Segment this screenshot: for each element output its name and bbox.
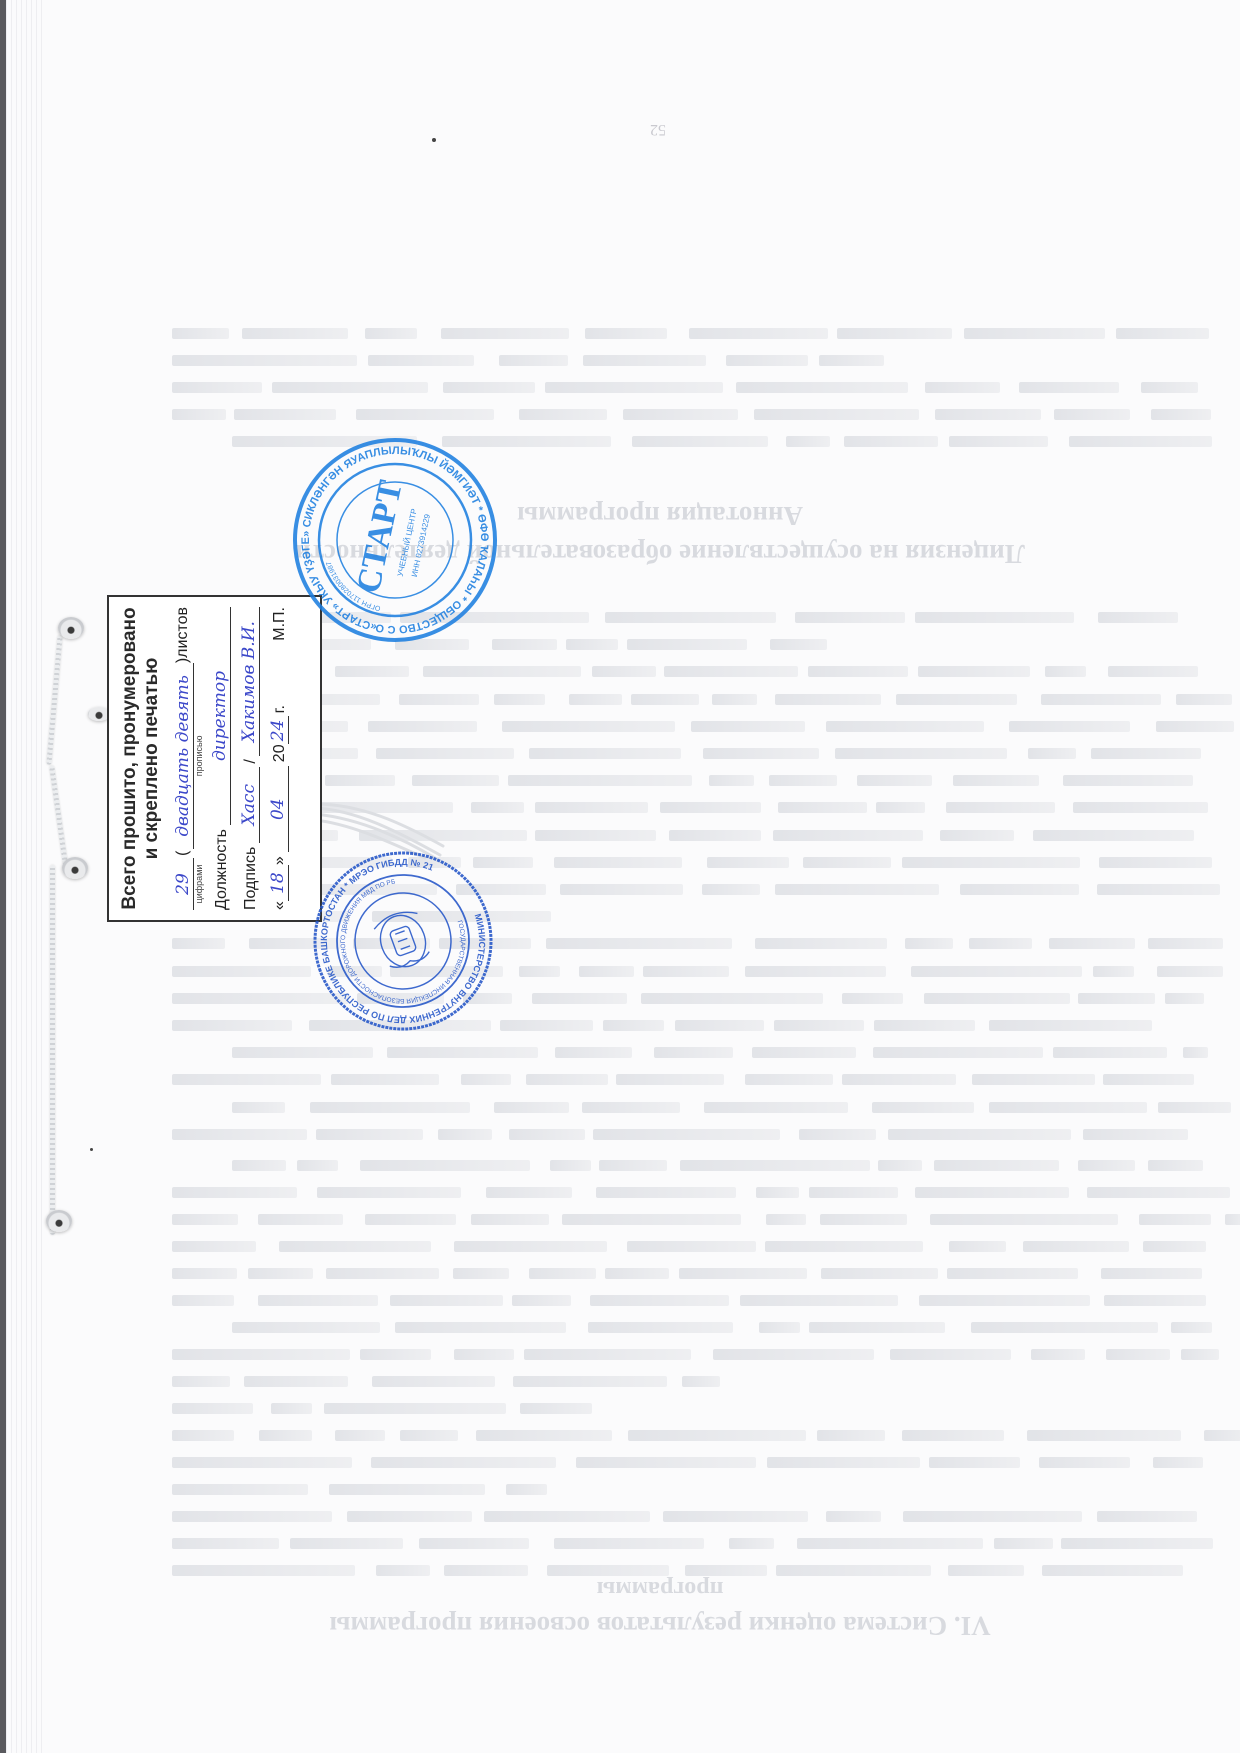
bleed-text-fragment <box>1157 966 1223 977</box>
bleed-text-fragment <box>1061 1538 1212 1549</box>
bleed-text-fragment <box>605 612 776 623</box>
bleed-text-fragment <box>1108 666 1198 677</box>
bleed-text-fragment <box>878 1160 921 1171</box>
bleed-text-fragment <box>1101 1268 1202 1279</box>
bleed-text-fragment <box>643 966 729 977</box>
bleed-text-fragment <box>682 1376 720 1387</box>
bleed-text-fragment <box>726 355 808 366</box>
bleed-text-fragment <box>872 1102 974 1113</box>
bleed-text-fragment <box>441 328 569 339</box>
bleed-text-fragment <box>248 1268 313 1279</box>
bleed-text-fragment <box>1033 830 1193 841</box>
binding-string <box>49 765 68 865</box>
binding-knot <box>62 857 88 879</box>
bleed-text-fragment <box>826 721 984 732</box>
bleed-text-fragment <box>702 884 761 895</box>
bleed-text-fragment <box>1019 382 1119 393</box>
bleed-text-fragment <box>857 775 932 786</box>
bleed-text-fragment <box>740 1295 898 1306</box>
date-year-mark: г. <box>271 705 289 713</box>
bleed-text-fragment <box>484 1511 650 1522</box>
bleed-text-fragment <box>953 775 1039 786</box>
bleed-text-fragment <box>949 1241 1006 1252</box>
bleed-text-fragment <box>605 1268 669 1279</box>
bleed-text-fragment <box>476 1430 612 1441</box>
bleed-text-fragment <box>376 748 514 759</box>
bleed-text-fragment <box>172 1349 350 1360</box>
start-company-stamp: «СТАРТ» УКЫУ ҮҘӘГЕ» СИКЛӘНГӘН ЯУАПЛЫЛЫҠЛ… <box>292 437 498 643</box>
bleed-text-fragment <box>797 1538 983 1549</box>
bleed-text-fragment <box>679 1268 807 1279</box>
bleed-text-fragment <box>821 1268 938 1279</box>
sheets-suffix: )листов <box>174 607 192 663</box>
bleed-text-fragment <box>347 1511 472 1522</box>
position-label: Должность <box>213 829 231 910</box>
bleed-text-fragment <box>669 830 761 841</box>
date-year-prefix: 20 <box>271 744 289 762</box>
bleed-text-fragment <box>842 1074 957 1085</box>
bleed-text-fragment <box>172 966 311 977</box>
bleed-text-fragment <box>1139 1214 1210 1225</box>
bleed-text-fragment <box>513 1376 668 1387</box>
bleed-text-fragment <box>1098 612 1178 623</box>
date-open-quote: « <box>271 901 289 910</box>
bleed-text-fragment <box>767 1457 920 1468</box>
signature-separator: / <box>242 759 260 763</box>
bleed-text-fragment <box>664 666 798 677</box>
bleed-text-fragment <box>1143 1241 1205 1252</box>
label-title-line1: Всего прошито, пронумеровано <box>119 607 141 910</box>
bleed-text-fragment <box>1087 1187 1230 1198</box>
bleed-text-fragment <box>520 1403 592 1414</box>
bleed-text-fragment <box>1045 666 1086 677</box>
bleed-text-fragment <box>486 1187 572 1198</box>
bleed-text-fragment <box>310 1102 470 1113</box>
bleed-text-fragment <box>555 1047 633 1058</box>
bleed-text-fragment <box>593 1129 780 1140</box>
bleed-text-fragment <box>242 328 348 339</box>
bleed-text-fragment <box>890 1349 1010 1360</box>
bleed-text-fragment <box>579 966 634 977</box>
bleed-text-fragment <box>1028 748 1076 759</box>
bleed-text-fragment <box>752 1047 857 1058</box>
bleed-text-fragment <box>326 1268 439 1279</box>
bleed-text-fragment <box>471 802 524 813</box>
bleed-text-fragment <box>707 857 788 868</box>
date-day: 18 <box>268 865 289 901</box>
signature-label: Подпись <box>242 847 260 910</box>
bleed-text-fragment <box>172 1403 253 1414</box>
bleed-text-fragment <box>509 1129 585 1140</box>
bleed-text-fragment <box>172 328 229 339</box>
bleed-text-fragment <box>795 612 905 623</box>
bleed-text-fragment <box>1181 1349 1219 1360</box>
bleed-text-fragment <box>835 748 1007 759</box>
bleed-text-fragment <box>172 1020 292 1031</box>
seal-place: М.П. <box>271 607 289 641</box>
bleed-text-fragment <box>623 409 737 420</box>
bleed-text-fragment <box>946 802 1054 813</box>
bleed-text-fragment <box>663 1511 809 1522</box>
bleed-text-fragment <box>924 993 1070 1004</box>
bleed-text-fragment <box>940 830 1014 841</box>
bleed-text-fragment <box>316 1129 423 1140</box>
bleed-text-fragment <box>1053 1047 1167 1058</box>
bleed-text-fragment <box>562 1214 740 1225</box>
bleed-text-fragment <box>934 1160 1059 1171</box>
bleed-text-fragment <box>754 409 920 420</box>
bleed-text-fragment <box>279 1241 432 1252</box>
sheet-count-digits: 29 <box>173 858 194 910</box>
bleed-text-fragment <box>585 328 668 339</box>
bleed-text-fragment <box>1148 1160 1203 1171</box>
certification-label: Всего прошито, пронумеровано и скреплено… <box>107 595 322 922</box>
bleed-text-fragment <box>1078 993 1155 1004</box>
bleed-text-fragment <box>704 1102 848 1113</box>
scan-edge-shading <box>6 0 46 1753</box>
bleed-text-fragment <box>532 993 628 1004</box>
bleed-text-fragment <box>554 857 682 868</box>
bleed-heading: VI. Система оценки результатов освоения … <box>170 1610 1150 1641</box>
svg-text:МИНИСТЕРСТВО ВНУТРЕННИХ ДЕЛ ПО: МИНИСТЕРСТВО ВНУТРЕННИХ ДЕЛ ПО РЕСПУБЛИК… <box>312 850 494 1032</box>
bleed-text-fragment <box>947 1268 1077 1279</box>
bleed-text-fragment <box>1151 409 1211 420</box>
bleed-text-fragment <box>925 382 1000 393</box>
bleed-text-fragment <box>590 1295 728 1306</box>
bleed-text-fragment <box>799 1129 876 1140</box>
bleed-text-fragment <box>566 639 618 650</box>
bleed-text-fragment <box>935 409 1041 420</box>
bleed-text-fragment <box>172 1430 234 1441</box>
bleed-text-fragment <box>765 1241 923 1252</box>
bleed-text-fragment <box>560 884 683 895</box>
bleed-text-fragment <box>494 1102 568 1113</box>
bleed-text-fragment <box>896 694 1017 705</box>
bleed-text-fragment <box>703 748 818 759</box>
bleed-text-fragment <box>689 328 828 339</box>
bleed-text-fragment <box>628 1430 806 1441</box>
bleed-text-fragment <box>290 1538 403 1549</box>
bleed-text-fragment <box>535 802 648 813</box>
bleed-text-fragment <box>1023 1241 1129 1252</box>
bleed-text-fragment <box>809 1322 945 1333</box>
bleed-text-fragment <box>902 1430 1004 1441</box>
bleed-text-fragment <box>1171 1322 1212 1333</box>
bleed-text-fragment <box>736 382 909 393</box>
bleed-text-fragment <box>1097 884 1220 895</box>
bleed-text-fragment <box>234 409 336 420</box>
bleed-text-fragment <box>324 1403 506 1414</box>
bleed-text-fragment <box>709 775 754 786</box>
bleed-text-fragment <box>172 1457 352 1468</box>
bleed-text-fragment <box>1073 802 1208 813</box>
bleed-text-fragment <box>172 1511 332 1522</box>
bleed-text-fragment <box>592 666 657 677</box>
bleed-text-fragment <box>271 1403 312 1414</box>
bleed-text-fragment <box>1041 694 1160 705</box>
bleed-text-fragment <box>1049 938 1135 949</box>
bleed-text-fragment <box>1103 1074 1195 1085</box>
bleed-text-fragment <box>588 1322 734 1333</box>
bleed-text-fragment <box>423 666 582 677</box>
position-value: директор <box>210 607 231 825</box>
bleed-text-fragment <box>616 1074 724 1085</box>
bleed-text-fragment <box>819 355 883 366</box>
bleed-text-fragment <box>325 775 395 786</box>
stamp-outer-text: МИНИСТЕРСТВО ВНУТРЕННИХ ДЕЛ ПО РЕСПУБЛИК… <box>312 850 494 1032</box>
bleed-text-fragment <box>365 1214 456 1225</box>
page-number: 52 <box>650 120 666 138</box>
bleed-text-fragment <box>365 328 417 339</box>
bleed-text-fragment <box>820 1214 907 1225</box>
bleed-text-fragment <box>172 1295 234 1306</box>
bleed-text-fragment <box>529 1268 596 1279</box>
bleed-text-fragment <box>844 436 938 447</box>
bleed-text-fragment <box>272 382 428 393</box>
bleed-text-fragment <box>905 938 953 949</box>
bleed-text-fragment <box>582 1102 680 1113</box>
bleed-text-fragment <box>232 1322 380 1333</box>
bleed-text-fragment <box>596 1187 736 1198</box>
bleed-text-fragment <box>461 1074 511 1085</box>
bleed-text-fragment <box>258 1295 378 1306</box>
bleed-text-fragment <box>371 1457 556 1468</box>
bleed-text-fragment <box>524 1349 691 1360</box>
bleed-text-fragment <box>994 1538 1053 1549</box>
bleed-text-fragment <box>535 830 656 841</box>
bleed-text-fragment <box>438 1129 492 1140</box>
bleed-text-fragment <box>1158 1102 1231 1113</box>
bleed-text-fragment <box>873 1047 1043 1058</box>
bleed-text-fragment <box>729 1538 774 1549</box>
bleed-text-fragment <box>172 1214 238 1225</box>
bleed-text-fragment <box>172 1538 279 1549</box>
bleed-text-fragment <box>929 1457 1021 1468</box>
bleed-text-fragment <box>1148 938 1224 949</box>
bleed-text-fragment <box>1078 1160 1136 1171</box>
bleed-text-fragment <box>964 328 1105 339</box>
bleed-text-fragment <box>808 666 909 677</box>
bleed-text-fragment <box>1093 966 1133 977</box>
bleed-heading: программы <box>170 1575 1150 1602</box>
bleed-text-fragment <box>627 1241 756 1252</box>
bleed-text-fragment <box>627 639 748 650</box>
bleed-text-fragment <box>675 1020 764 1031</box>
bleed-text-fragment <box>499 355 567 366</box>
bleed-text-fragment <box>989 1020 1152 1031</box>
bleed-text-fragment <box>778 802 868 813</box>
bleed-text-fragment <box>876 802 925 813</box>
bleed-text-fragment <box>770 639 827 650</box>
bleed-text-fragment <box>769 775 837 786</box>
bleed-text-fragment <box>1099 857 1212 868</box>
bleed-text-fragment <box>419 1538 529 1549</box>
bleed-text-fragment <box>297 1160 339 1171</box>
bleed-text-fragment <box>1027 1430 1182 1441</box>
bleed-text-fragment <box>494 694 546 705</box>
bleed-text-fragment <box>713 1349 873 1360</box>
bleed-text-fragment <box>1116 328 1209 339</box>
date-month: 04 <box>268 766 289 852</box>
scan-speck <box>90 1148 93 1151</box>
bleed-text-fragment <box>172 1074 321 1085</box>
signature-mark: Хасс <box>239 767 260 843</box>
bleed-text-fragment <box>960 884 1079 895</box>
bleed-text-fragment <box>902 857 1080 868</box>
bleed-text-fragment <box>390 1295 502 1306</box>
bleed-text-fragment <box>972 1074 1094 1085</box>
bleed-text-fragment <box>837 328 952 339</box>
bleed-text-fragment <box>660 802 760 813</box>
bleed-text-fragment <box>919 1295 1090 1306</box>
bleed-text-fragment <box>454 1349 514 1360</box>
bleed-text-fragment <box>903 1511 1082 1522</box>
bleed-text-fragment <box>755 938 887 949</box>
bleed-text-fragment <box>1176 694 1232 705</box>
bleed-text-fragment <box>918 666 1030 677</box>
bleed-text-fragment <box>360 1349 432 1360</box>
bleed-text-fragment <box>360 1160 530 1171</box>
label-title-line2: и скреплено печатью <box>141 607 163 910</box>
bleed-text-fragment <box>691 721 806 732</box>
bleed-text-fragment <box>1097 1511 1197 1522</box>
bleed-text-fragment <box>1104 1295 1206 1306</box>
bleed-text-fragment <box>756 1187 798 1198</box>
bleed-text-fragment <box>745 1074 833 1085</box>
bleed-text-fragment <box>259 1430 311 1441</box>
bleed-text-fragment <box>775 694 881 705</box>
bleed-text-fragment <box>775 884 939 895</box>
mreo-gibdd-stamp: МИНИСТЕРСТВО ВНУТРЕННИХ ДЕЛ ПО РЕСПУБЛИК… <box>312 850 494 1032</box>
bleed-text-fragment <box>576 1457 755 1468</box>
bleed-text-fragment <box>356 409 493 420</box>
bleed-text-fragment <box>546 938 733 949</box>
bleed-text-fragment <box>786 436 830 447</box>
bleed-text-fragment <box>244 1376 349 1387</box>
bleed-text-fragment <box>443 382 536 393</box>
bleed-text-fragment <box>232 1047 373 1058</box>
bleed-text-fragment <box>1183 1047 1208 1058</box>
bleed-text-fragment <box>172 1376 230 1387</box>
date-close-quote: » <box>271 856 289 865</box>
scan-speck <box>432 138 436 142</box>
bleed-text-fragment <box>826 1511 881 1522</box>
bleed-text-fragment <box>519 409 608 420</box>
bleed-text-fragment <box>773 830 923 841</box>
words-caption: прописью <box>194 663 204 849</box>
bleed-text-fragment <box>554 1538 704 1549</box>
bleed-text-fragment <box>569 694 621 705</box>
bleed-text-fragment <box>529 748 682 759</box>
bleed-text-fragment <box>335 666 410 677</box>
bleed-text-fragment <box>1165 993 1204 1004</box>
bleed-text-fragment <box>911 966 1082 977</box>
bleed-text-fragment <box>631 694 699 705</box>
bleed-text-fragment <box>172 938 225 949</box>
bleed-text-fragment <box>508 775 692 786</box>
bleed-text-fragment <box>712 694 756 705</box>
bleed-text-fragment <box>526 1074 609 1085</box>
digits-caption: цифрами <box>194 858 204 910</box>
bleed-text-fragment <box>387 1047 538 1058</box>
bleed-text-fragment <box>172 1241 256 1252</box>
bleed-text-fragment <box>989 1102 1148 1113</box>
bleed-text-fragment <box>654 1047 732 1058</box>
bleed-text-fragment <box>545 382 724 393</box>
bleed-text-fragment <box>583 355 706 366</box>
bleed-text-fragment <box>1091 748 1201 759</box>
bleed-text-fragment <box>368 721 477 732</box>
bleed-text-fragment <box>874 1020 976 1031</box>
bleed-text-fragment <box>817 1430 885 1441</box>
bleed-text-fragment <box>329 1484 485 1495</box>
bleed-text-fragment <box>400 1430 457 1441</box>
binding-string <box>50 865 55 1235</box>
binding-knot <box>46 1210 72 1232</box>
bleed-text-fragment <box>680 1160 870 1171</box>
bleed-text-fragment <box>500 1020 593 1031</box>
bleed-text-fragment <box>412 775 499 786</box>
bleed-text-fragment <box>172 1187 297 1198</box>
bleed-text-fragment <box>492 639 557 650</box>
bleed-text-fragment <box>888 1129 1070 1140</box>
bleed-text-fragment <box>766 1214 806 1225</box>
bleed-text-fragment <box>372 1376 495 1387</box>
signature-name: Хакимов В.И. <box>239 607 260 756</box>
bleed-text-fragment <box>1031 1349 1085 1360</box>
bleed-text-fragment <box>1039 1457 1130 1468</box>
bleed-text-fragment <box>1054 409 1130 420</box>
bleed-text-fragment <box>1069 436 1212 447</box>
open-paren: ( <box>174 851 192 856</box>
bleed-text-fragment <box>1063 775 1193 786</box>
bleed-text-fragment <box>317 1187 461 1198</box>
bleed-text-fragment <box>803 857 891 868</box>
bleed-text-fragment <box>969 938 1032 949</box>
bleed-text-fragment <box>774 1020 863 1031</box>
bleed-text-fragment <box>519 966 560 977</box>
bleed-text-fragment <box>232 1102 285 1113</box>
bleed-text-fragment <box>172 409 226 420</box>
bleed-text-fragment <box>550 1160 591 1171</box>
bleed-text-fragment <box>1141 382 1198 393</box>
bleed-text-fragment <box>599 1160 666 1171</box>
bleed-text-fragment <box>471 1214 548 1225</box>
bleed-text-fragment <box>258 1214 342 1225</box>
bleed-text-fragment <box>172 1129 307 1140</box>
bleed-text-fragment <box>395 1322 566 1333</box>
bleed-text-fragment <box>809 1187 898 1198</box>
bleed-text-fragment <box>1106 1349 1170 1360</box>
bleed-text-fragment <box>745 966 886 977</box>
bleed-text-fragment <box>632 436 768 447</box>
bleed-text-fragment <box>1156 721 1234 732</box>
bleed-text-fragment <box>915 1187 1069 1198</box>
bleed-text-fragment <box>454 1241 606 1252</box>
bleed-text-fragment <box>1225 1214 1240 1225</box>
bleed-text-fragment <box>1083 1129 1188 1140</box>
bleed-text-fragment <box>842 993 904 1004</box>
bleed-text-fragment <box>331 1074 439 1085</box>
bleed-text-fragment <box>1153 1457 1203 1468</box>
bleed-text-fragment <box>915 612 1074 623</box>
bleed-text-fragment <box>949 436 1048 447</box>
bleed-text-fragment <box>971 1322 1159 1333</box>
bleed-text-fragment <box>232 1160 286 1171</box>
bleed-text-fragment <box>1204 1430 1240 1441</box>
bleed-text-fragment <box>172 1484 308 1495</box>
bleed-text-fragment <box>759 1322 800 1333</box>
